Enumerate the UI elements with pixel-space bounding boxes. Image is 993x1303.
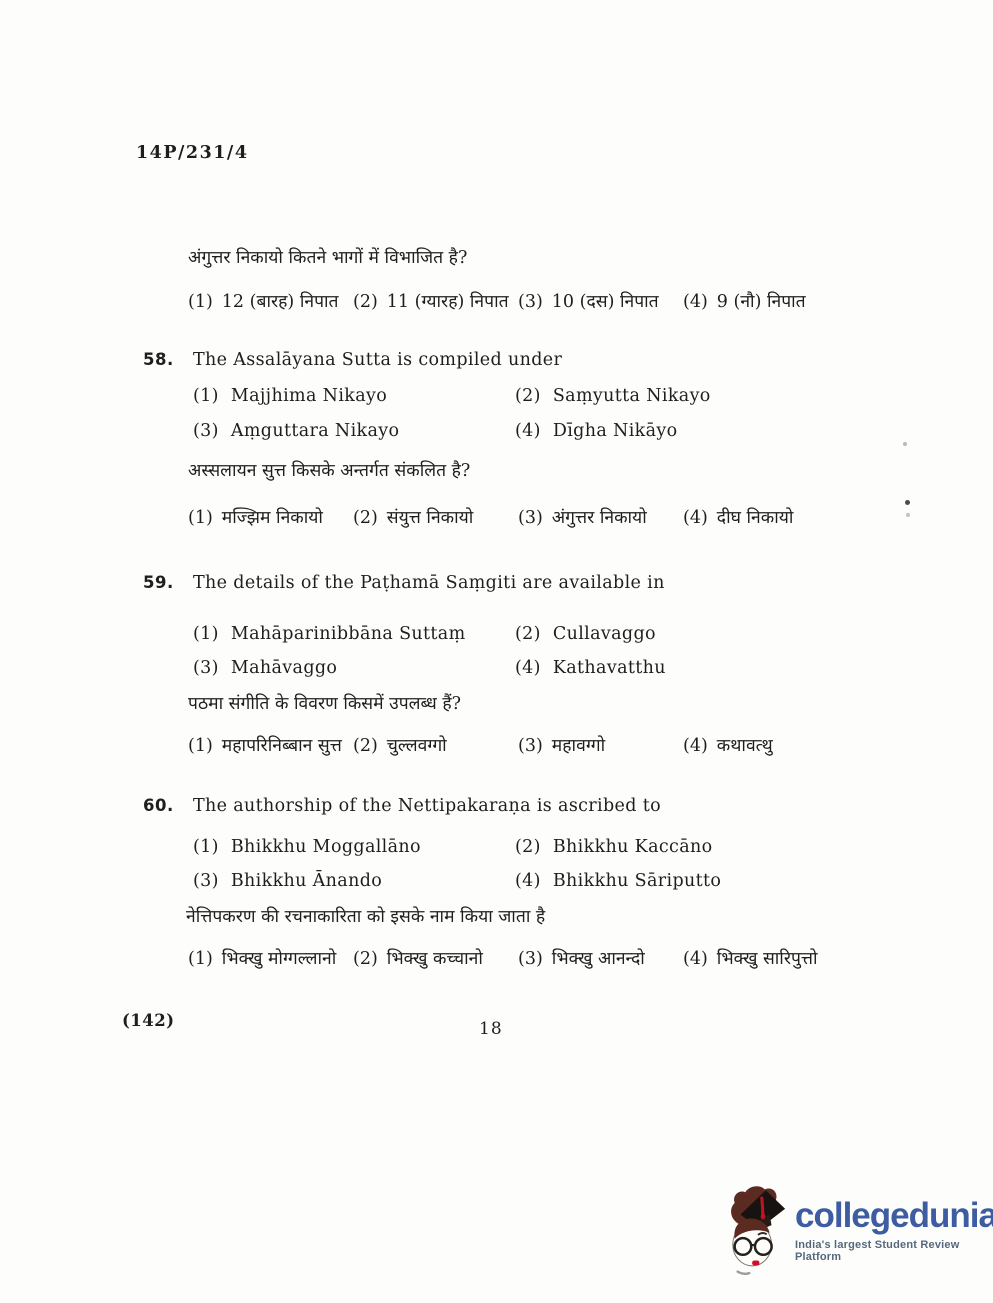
option-text: भिक्खु मोग्गल्लानो (222, 949, 336, 969)
option-marker: (3) (518, 292, 543, 312)
option-4: (4)कथावत्थु (683, 733, 773, 757)
option-marker: (4) (515, 871, 541, 891)
question-number: 58. (143, 350, 174, 369)
scan-artifact-dot (906, 513, 910, 517)
option-text: कथावत्थु (717, 736, 773, 756)
option-marker: (4) (683, 508, 708, 528)
option-2: (2)Cullavaggo (515, 624, 656, 644)
option-4: (4)Kathavatthu (515, 658, 666, 678)
option-marker: (1) (193, 837, 219, 857)
option-text: दीघ निकायो (717, 508, 794, 528)
option-4: (4)Bhikkhu Sāriputto (515, 871, 721, 891)
option-marker: (3) (193, 421, 219, 441)
option-marker: (4) (683, 736, 708, 756)
option-marker: (1) (193, 386, 219, 406)
scan-artifact-dot (905, 500, 910, 505)
option-3: (3)Mahāvaggo (193, 658, 337, 678)
question-text-english: The Assalāyana Sutta is compiled under (193, 350, 562, 370)
collegedunia-logo: collegedunia com India's largest Student… (726, 1184, 993, 1281)
booklet-code: (142) (122, 1011, 175, 1030)
option-marker: (4) (515, 421, 541, 441)
option-1: (1)मज्झिम निकायो (188, 505, 323, 529)
option-text: मज्झिम निकायो (222, 508, 323, 528)
option-1: (1)Mahāparinibbāna Suttaṃ (193, 624, 466, 644)
option-4: (4)Dīgha Nikāyo (515, 421, 678, 441)
option-marker: (2) (353, 736, 378, 756)
option-text: 12 (बारह) निपात (222, 292, 339, 312)
option-text: 11 (ग्यारह) निपात (387, 292, 509, 312)
option-text: चुल्लवग्गो (387, 736, 447, 756)
option-1: (1)Bhikkhu Moggallāno (193, 837, 421, 857)
option-marker: (1) (188, 736, 213, 756)
option-1: (1)भिक्खु मोग्गल्लानो (188, 946, 336, 970)
option-4: (4)दीघ निकायो (683, 505, 793, 529)
option-text: 9 (नौ) निपात (717, 292, 806, 312)
option-text: Saṃyutta Nikayo (553, 386, 711, 406)
brand-tagline: India's largest Student Review Platform (795, 1239, 993, 1263)
option-text: भिक्खु आनन्दो (552, 949, 645, 969)
option-marker: (2) (515, 624, 541, 644)
option-1: (1)12 (बारह) निपात (188, 289, 339, 313)
option-text: Kathavatthu (553, 658, 666, 678)
option-text: Aṃguttara Nikayo (231, 421, 400, 441)
option-marker: (1) (188, 292, 213, 312)
option-text: महापरिनिब्बान सुत्त (222, 736, 342, 756)
option-marker: (3) (518, 949, 543, 969)
option-marker: (1) (188, 508, 213, 528)
option-text: Bhikkhu Ānando (231, 871, 382, 891)
option-marker: (3) (193, 871, 219, 891)
option-text: महावग्गो (552, 736, 605, 756)
paper-code: 14P/231/4 (136, 143, 249, 163)
option-3: (3)Bhikkhu Ānando (193, 871, 382, 891)
scan-artifact-dot (903, 442, 907, 446)
option-text: संयुत्त निकायो (387, 508, 474, 528)
option-marker: (1) (188, 949, 213, 969)
question-text-hindi: अंगुत्तर निकायो कितने भागों में विभाजित … (188, 245, 467, 269)
option-text: Majjhima Nikayo (231, 386, 387, 406)
option-2: (2)Saṃyutta Nikayo (515, 386, 711, 406)
option-text: भिक्खु कच्चानो (387, 949, 483, 969)
option-1: (1)महापरिनिब्बान सुत्त (188, 733, 342, 757)
option-marker: (4) (683, 949, 708, 969)
brand-name: collegedunia (795, 1198, 993, 1233)
option-marker: (2) (515, 386, 541, 406)
option-3: (3)अंगुत्तर निकायो (518, 505, 647, 529)
option-marker: (3) (518, 508, 543, 528)
option-marker: (2) (353, 292, 378, 312)
option-2: (2)11 (ग्यारह) निपात (353, 289, 509, 313)
option-1: (1)Majjhima Nikayo (193, 386, 387, 406)
option-2: (2)भिक्खु कच्चानो (353, 946, 483, 970)
option-4: (4)भिक्खु सारिपुत्तो (683, 946, 818, 970)
graduate-mascot-icon (726, 1184, 788, 1281)
question-number: 60. (143, 796, 174, 815)
option-text: Mahāvaggo (231, 658, 337, 678)
brand-row: collegedunia com (795, 1198, 993, 1233)
question-text-english: The details of the Paṭhamā Saṃgiti are a… (193, 573, 665, 593)
option-3: (3)भिक्खु आनन्दो (518, 946, 645, 970)
option-marker: (4) (515, 658, 541, 678)
option-text: 10 (दस) निपात (552, 292, 659, 312)
option-4: (4)9 (नौ) निपात (683, 289, 806, 313)
option-3: (3)Aṃguttara Nikayo (193, 421, 399, 441)
question-text-hindi: नेत्तिपकरण की रचनाकारिता को इसके नाम किय… (186, 904, 545, 928)
option-marker: (2) (353, 949, 378, 969)
option-marker: (3) (518, 736, 543, 756)
option-marker: (4) (683, 292, 708, 312)
option-text: Mahāparinibbāna Suttaṃ (231, 624, 466, 644)
page-number: 18 (479, 1019, 503, 1039)
option-text: भिक्खु सारिपुत्तो (717, 949, 818, 969)
option-marker: (2) (515, 837, 541, 857)
option-text: Dīgha Nikāyo (553, 421, 678, 441)
option-marker: (3) (193, 658, 219, 678)
option-text: Bhikkhu Kaccāno (553, 837, 713, 857)
option-3: (3)महावग्गो (518, 733, 605, 757)
option-marker: (1) (193, 624, 219, 644)
question-text-hindi: अस्सलायन सुत्त किसके अन्तर्गत संकलित है? (188, 458, 470, 482)
question-text-hindi: पठमा संगीति के विवरण किसमें उपलब्ध हैं? (188, 691, 461, 715)
option-2: (2)चुल्लवग्गो (353, 733, 447, 757)
option-text: अंगुत्तर निकायो (552, 508, 647, 528)
option-3: (3)10 (दस) निपात (518, 289, 659, 313)
option-text: Cullavaggo (553, 624, 656, 644)
option-2: (2)Bhikkhu Kaccāno (515, 837, 712, 857)
option-text: Bhikkhu Sāriputto (553, 871, 721, 891)
question-text-english: The authorship of the Nettipakaraṇa is a… (193, 796, 661, 816)
scanned-question-paper-page: 14P/231/4 अंगुत्तर निकायो कितने भागों मे… (0, 0, 993, 1303)
option-text: Bhikkhu Moggallāno (231, 837, 421, 857)
logo-text-block: collegedunia com India's largest Student… (795, 1198, 993, 1263)
question-number: 59. (143, 573, 174, 592)
option-marker: (2) (353, 508, 378, 528)
option-2: (2)संयुत्त निकायो (353, 505, 473, 529)
